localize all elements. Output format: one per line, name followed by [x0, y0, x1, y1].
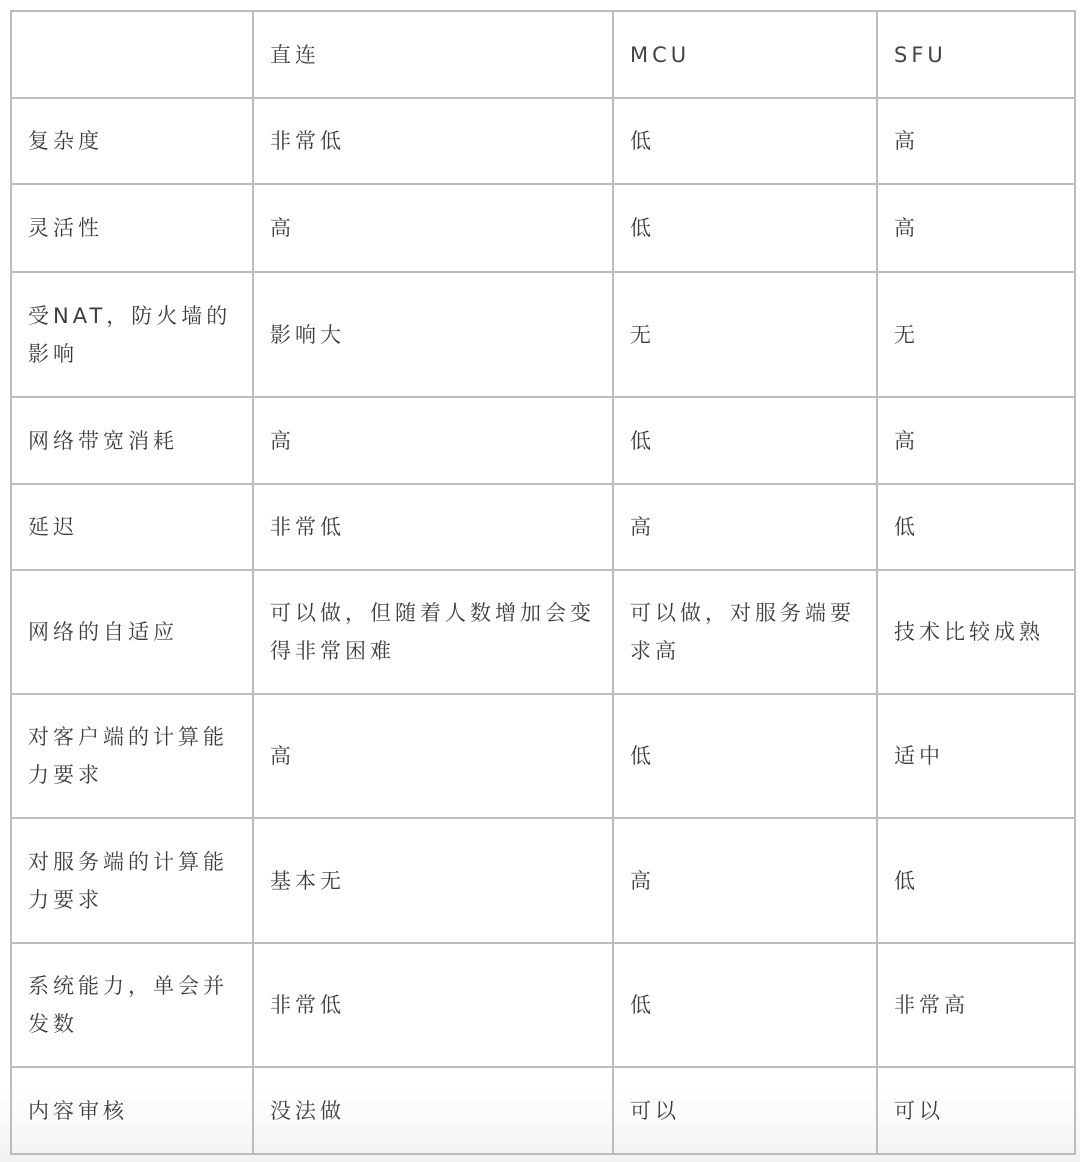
cell-sfu: 低: [877, 818, 1075, 943]
cell-mcu: 无: [613, 272, 877, 397]
table-row: 灵活性 高 低 高: [11, 184, 1075, 272]
cell-sfu: 适中: [877, 694, 1075, 818]
table-row: 受NAT，防火墙的影响 影响大 无 无: [11, 272, 1075, 397]
cell-direct: 影响大: [253, 272, 613, 397]
table-row: 对客户端的计算能力要求 高 低 适中: [11, 694, 1075, 818]
cell-sfu: 高: [877, 397, 1075, 484]
header-mcu: MCU: [613, 11, 877, 98]
header-direct: 直连: [253, 11, 613, 98]
cell-direct: 非常低: [253, 98, 613, 184]
cell-sfu: 高: [877, 184, 1075, 272]
table-row: 内容审核 没法做 可以 可以: [11, 1067, 1075, 1154]
cell-mcu: 低: [613, 694, 877, 818]
row-label: 延迟: [11, 484, 253, 570]
cell-sfu: 可以: [877, 1067, 1075, 1154]
cell-direct: 可以做，但随着人数增加会变得非常困难: [253, 570, 613, 694]
row-label: 对服务端的计算能力要求: [11, 818, 253, 943]
cell-direct: 高: [253, 397, 613, 484]
cell-direct: 高: [253, 694, 613, 818]
cell-sfu: 高: [877, 98, 1075, 184]
row-label: 系统能力，单会并发数: [11, 943, 253, 1067]
header-empty-cell: [11, 11, 253, 98]
cell-mcu: 高: [613, 484, 877, 570]
row-label: 灵活性: [11, 184, 253, 272]
cell-sfu: 低: [877, 484, 1075, 570]
cell-mcu: 高: [613, 818, 877, 943]
cell-direct: 基本无: [253, 818, 613, 943]
table-row: 网络的自适应 可以做，但随着人数增加会变得非常困难 可以做，对服务端要求高 技术…: [11, 570, 1075, 694]
header-row: 直连 MCU SFU: [11, 11, 1075, 98]
cell-mcu: 低: [613, 98, 877, 184]
table-row: 复杂度 非常低 低 高: [11, 98, 1075, 184]
cell-mcu: 低: [613, 184, 877, 272]
table-row: 系统能力，单会并发数 非常低 低 非常高: [11, 943, 1075, 1067]
row-label: 受NAT，防火墙的影响: [11, 272, 253, 397]
comparison-table: 直连 MCU SFU 复杂度 非常低 低 高 灵活性 高 低 高 受NAT，防火…: [10, 10, 1076, 1155]
row-label: 复杂度: [11, 98, 253, 184]
row-label: 网络的自适应: [11, 570, 253, 694]
header-sfu: SFU: [877, 11, 1075, 98]
cell-direct: 没法做: [253, 1067, 613, 1154]
cell-direct: 高: [253, 184, 613, 272]
table-row: 延迟 非常低 高 低: [11, 484, 1075, 570]
row-label: 对客户端的计算能力要求: [11, 694, 253, 818]
cell-mcu: 低: [613, 397, 877, 484]
cell-mcu: 可以: [613, 1067, 877, 1154]
row-label: 内容审核: [11, 1067, 253, 1154]
cell-direct: 非常低: [253, 484, 613, 570]
cell-mcu: 可以做，对服务端要求高: [613, 570, 877, 694]
table-row: 网络带宽消耗 高 低 高: [11, 397, 1075, 484]
row-label: 网络带宽消耗: [11, 397, 253, 484]
cell-sfu: 无: [877, 272, 1075, 397]
cell-direct: 非常低: [253, 943, 613, 1067]
table-row: 对服务端的计算能力要求 基本无 高 低: [11, 818, 1075, 943]
cell-sfu: 非常高: [877, 943, 1075, 1067]
cell-sfu: 技术比较成熟: [877, 570, 1075, 694]
cell-mcu: 低: [613, 943, 877, 1067]
